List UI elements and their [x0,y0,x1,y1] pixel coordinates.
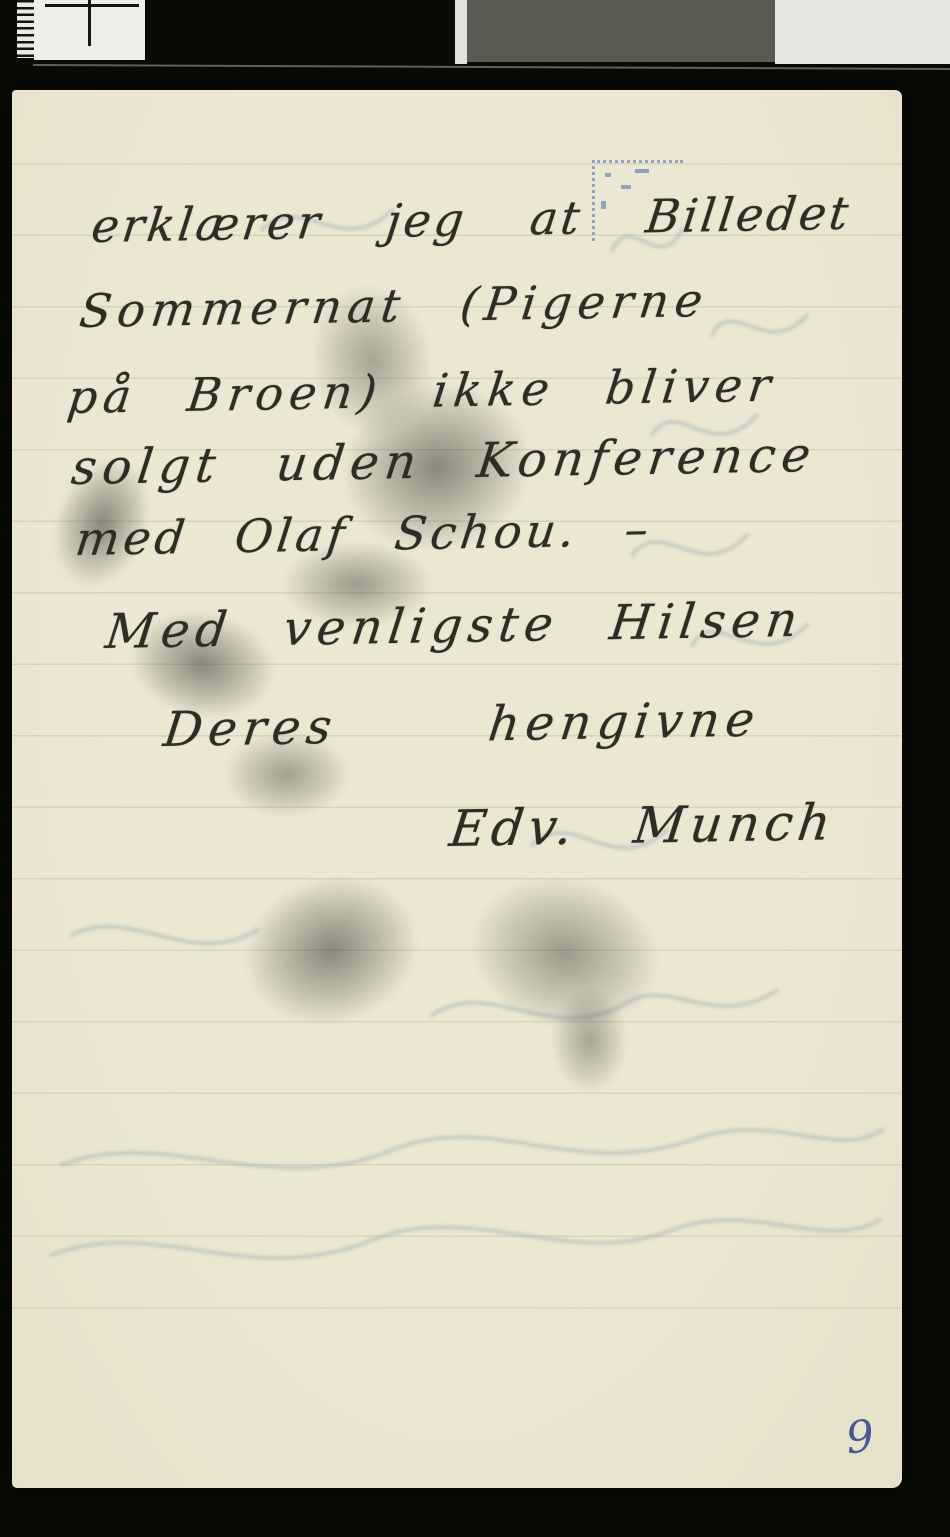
stamp-speck [621,185,631,189]
calibration-edge-line [33,64,950,70]
calibration-white-sliver [455,0,467,64]
letter-paper: erklærer jeg at Billedet Sommernat (Pige… [12,90,902,1488]
calibration-white-patch [775,0,950,64]
handwriting-line-2: Sommernat (Pigerne [77,277,711,334]
registration-crosshair-mark [34,0,145,60]
crosshair-horizontal-icon [45,4,139,7]
calibration-ruler-ticks [17,0,34,58]
handwriting-line-3: på Broen) ikke bliver [65,362,779,420]
calibration-gray-patch [467,0,775,62]
handwriting-line-7: Deres hengivne [161,696,763,754]
handwriting-line-5: med Olaf Schou. – [73,506,655,562]
handwriting-line-8: Edv. Munch [447,797,838,854]
stamp-speck [605,173,611,177]
stamp-speck [635,169,649,173]
handwriting-line-1: erklærer jeg at Billedet [89,190,854,249]
handwriting-line-4: solgt uden Konference [69,431,819,492]
scan-background: { "document": { "page_number": "9", "let… [0,0,950,1537]
page-number: 9 [843,1411,876,1465]
crosshair-vertical-icon [88,0,91,46]
handwriting-line-6: Med venligste Hilsen [103,596,806,656]
